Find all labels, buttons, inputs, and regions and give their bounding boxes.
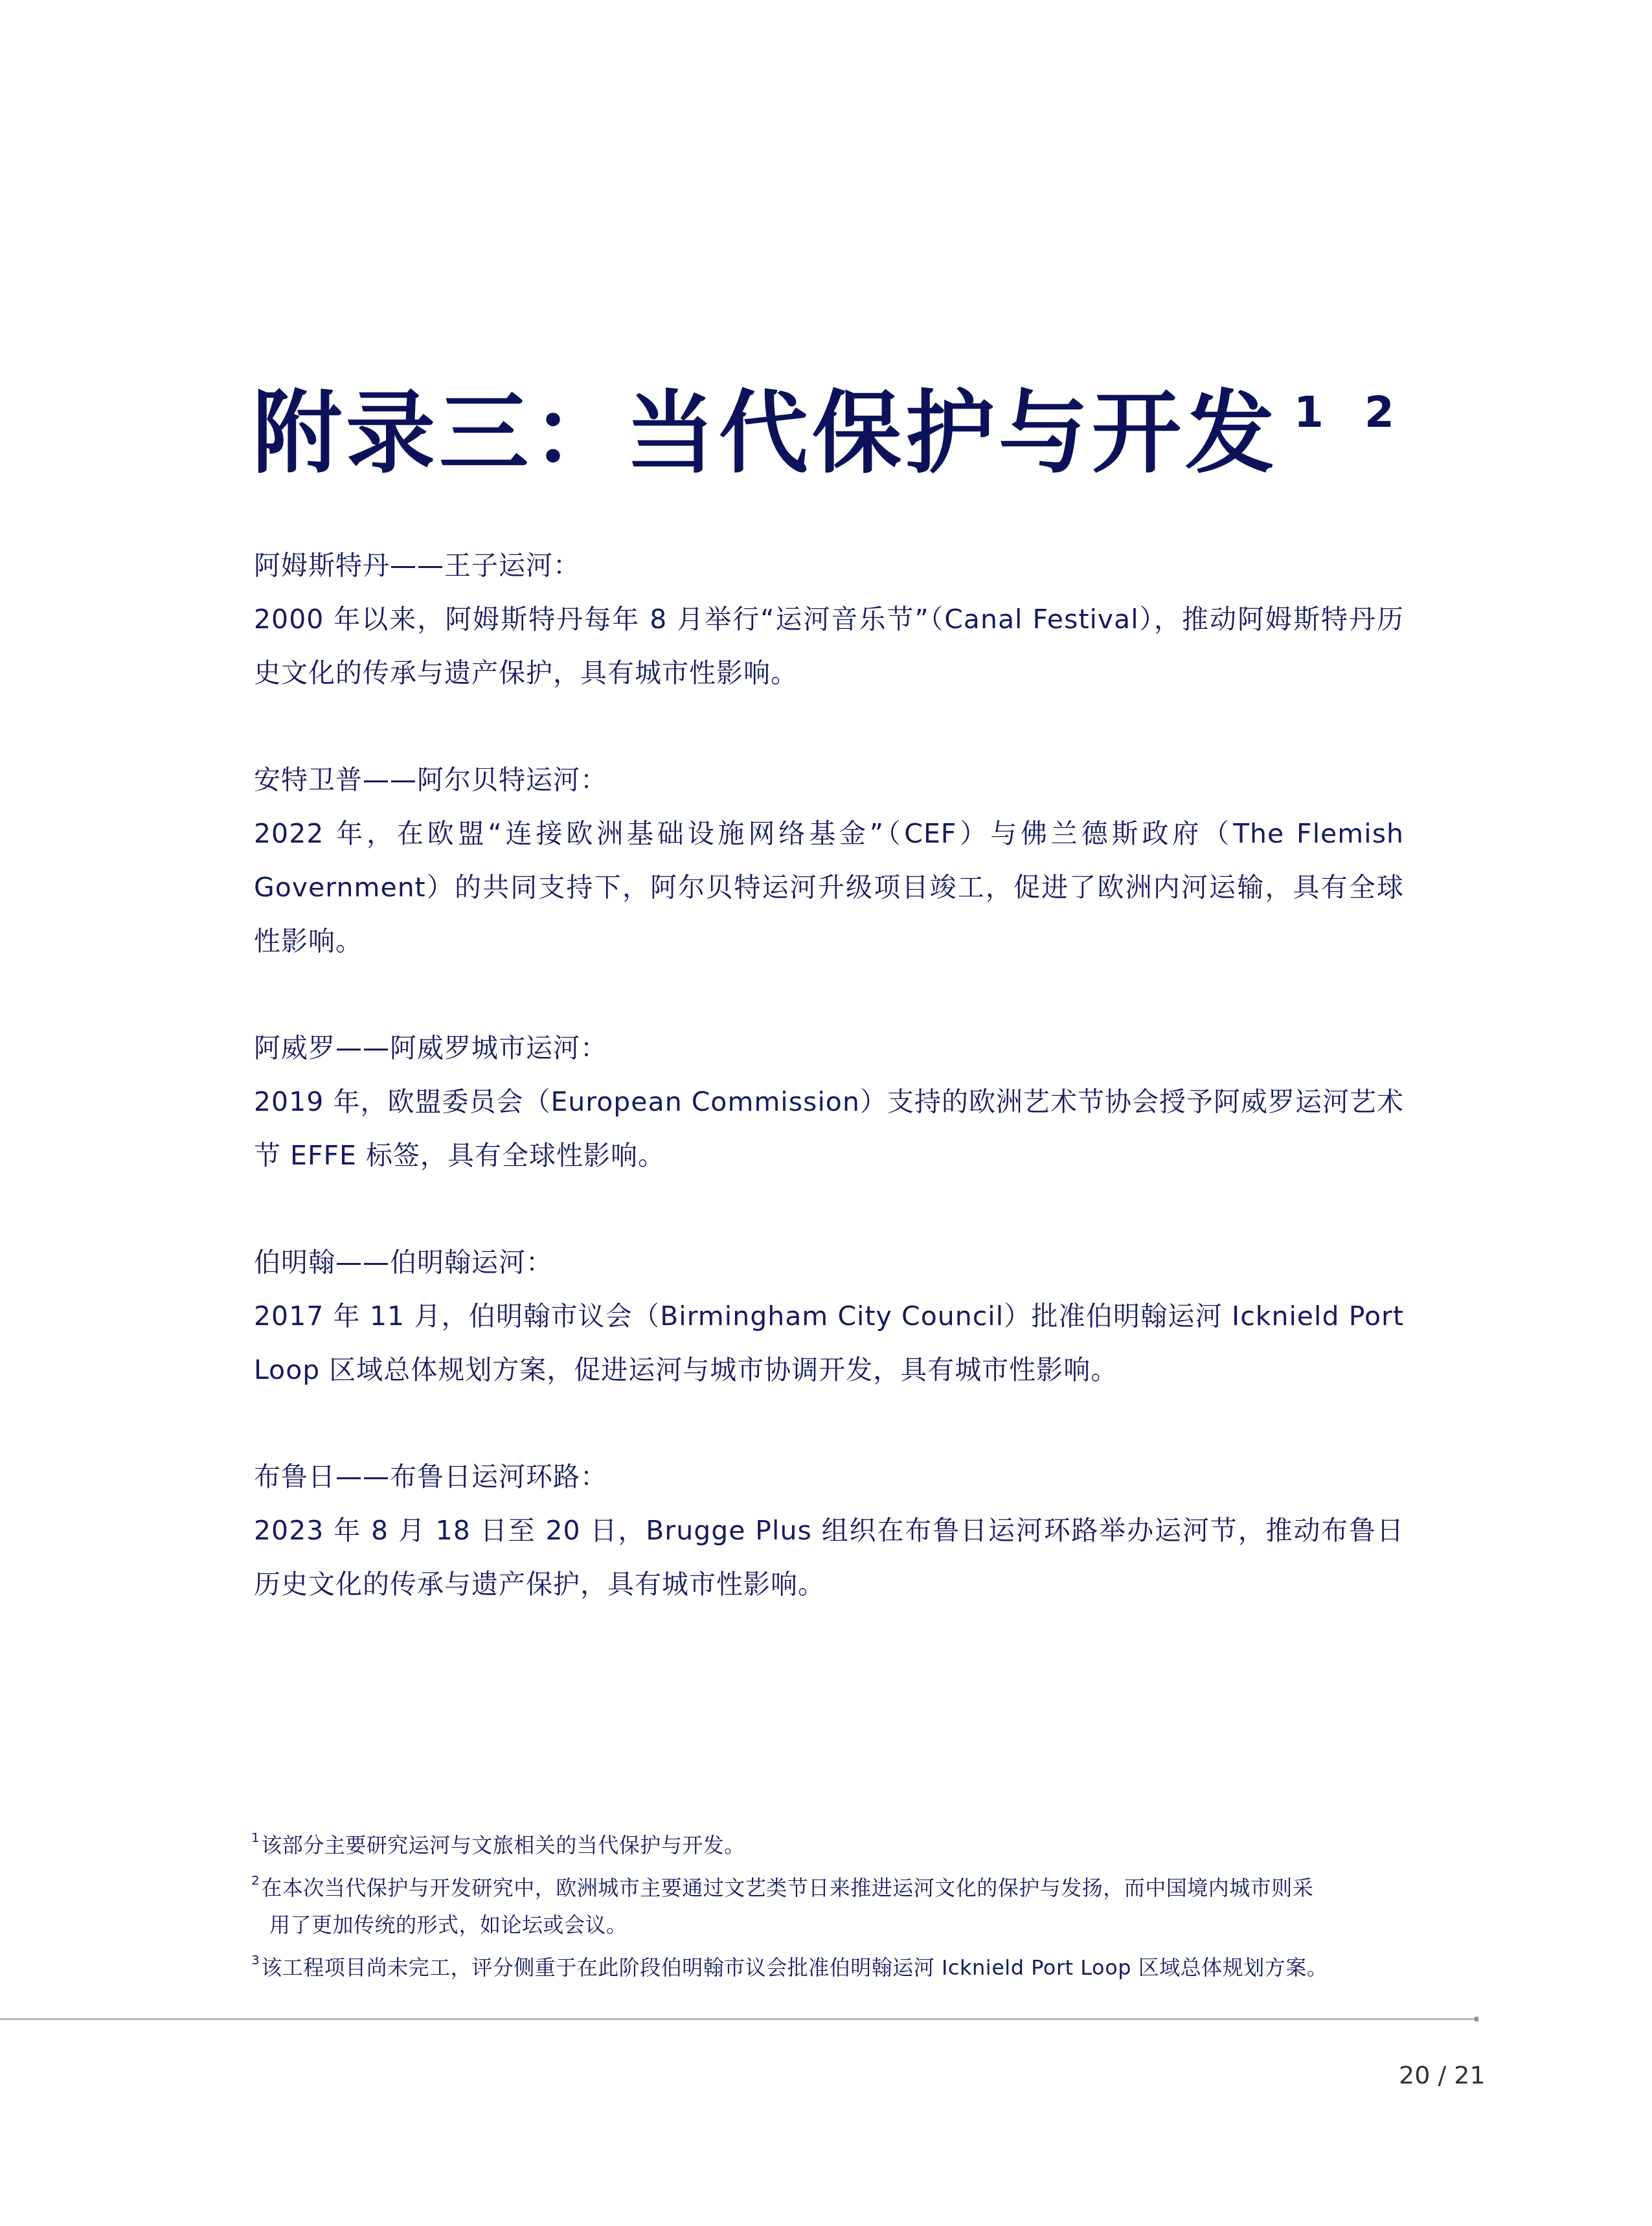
section-antwerp: 安特卫普——阿尔贝特运河： 2022 年，在欧盟“连接欧洲基础设施网络基金”（C… <box>254 753 1404 968</box>
appendix-content: 阿姆斯特丹——王子运河： 2000 年以来，阿姆斯特丹每年 8 月举行“运河音乐… <box>254 539 1404 1664</box>
section-body: 2022 年，在欧盟“连接欧洲基础设施网络基金”（CEF）与佛兰德斯政府（The… <box>254 807 1404 968</box>
footnote-text: 在本次当代保护与开发研究中，欧洲城市主要通过文艺类节日来推进运河文化的保护与发扬… <box>261 1875 1313 1900</box>
footnote-3: 3该工程项目尚未完工，评分侧重于在此阶段伯明翰市议会批准伯明翰运河 Icknie… <box>251 1944 1417 1986</box>
footnote-2: 2在本次当代保护与开发研究中，欧洲城市主要通过文艺类节日来推进运河文化的保护与发… <box>251 1864 1417 1944</box>
footer-divider-end-cap <box>1475 2017 1478 2021</box>
section-heading: 伯明翰——伯明翰运河： <box>254 1236 1404 1289</box>
section-amsterdam: 阿姆斯特丹——王子运河： 2000 年以来，阿姆斯特丹每年 8 月举行“运河音乐… <box>254 539 1404 700</box>
page-number: 20 / 21 <box>1399 2061 1477 2089</box>
footnote-text: 该工程项目尚未完工，评分侧重于在此阶段伯明翰市议会批准伯明翰运河 Ickniel… <box>261 1955 1328 1980</box>
section-heading: 阿姆斯特丹——王子运河： <box>254 539 1404 593</box>
footer-divider <box>0 2018 1477 2020</box>
footnote-continuation: 用了更加传统的形式，如论坛或会议。 <box>251 1906 1417 1944</box>
section-heading: 布鲁日——布鲁日运河环路： <box>254 1450 1404 1504</box>
title-footnote-refs: 1 2 <box>1294 387 1407 437</box>
footnote-mark: 2 <box>251 1872 260 1888</box>
section-body: 2017 年 11 月，伯明翰市议会（Birmingham City Counc… <box>254 1289 1404 1397</box>
section-body: 2019 年，欧盟委员会（European Commission）支持的欧洲艺术… <box>254 1075 1404 1183</box>
footnote-mark: 1 <box>251 1830 260 1845</box>
page-title: 附录三：当代保护与开发1 2 <box>253 389 1407 478</box>
section-heading: 阿威罗——阿威罗城市运河： <box>254 1021 1404 1075</box>
page-title-text: 附录三：当代保护与开发 <box>253 381 1278 485</box>
section-bruges: 布鲁日——布鲁日运河环路： 2023 年 8 月 18 日至 20 日，Brug… <box>254 1450 1404 1611</box>
footnote-text: 该部分主要研究运河与文旅相关的当代保护与开发。 <box>261 1833 745 1857</box>
footnotes: 1该部分主要研究运河与文旅相关的当代保护与开发。 2在本次当代保护与开发研究中，… <box>251 1821 1417 1986</box>
section-body: 2023 年 8 月 18 日至 20 日，Brugge Plus 组织在布鲁日… <box>254 1504 1404 1611</box>
section-aveiro: 阿威罗——阿威罗城市运河： 2019 年，欧盟委员会（European Comm… <box>254 1021 1404 1183</box>
section-body: 2000 年以来，阿姆斯特丹每年 8 月举行“运河音乐节”（Canal Fest… <box>254 593 1404 700</box>
section-heading: 安特卫普——阿尔贝特运河： <box>254 753 1404 807</box>
footnote-1: 1该部分主要研究运河与文旅相关的当代保护与开发。 <box>251 1821 1417 1864</box>
footnote-mark: 3 <box>251 1952 260 1968</box>
section-birmingham: 伯明翰——伯明翰运河： 2017 年 11 月，伯明翰市议会（Birmingha… <box>254 1236 1404 1397</box>
